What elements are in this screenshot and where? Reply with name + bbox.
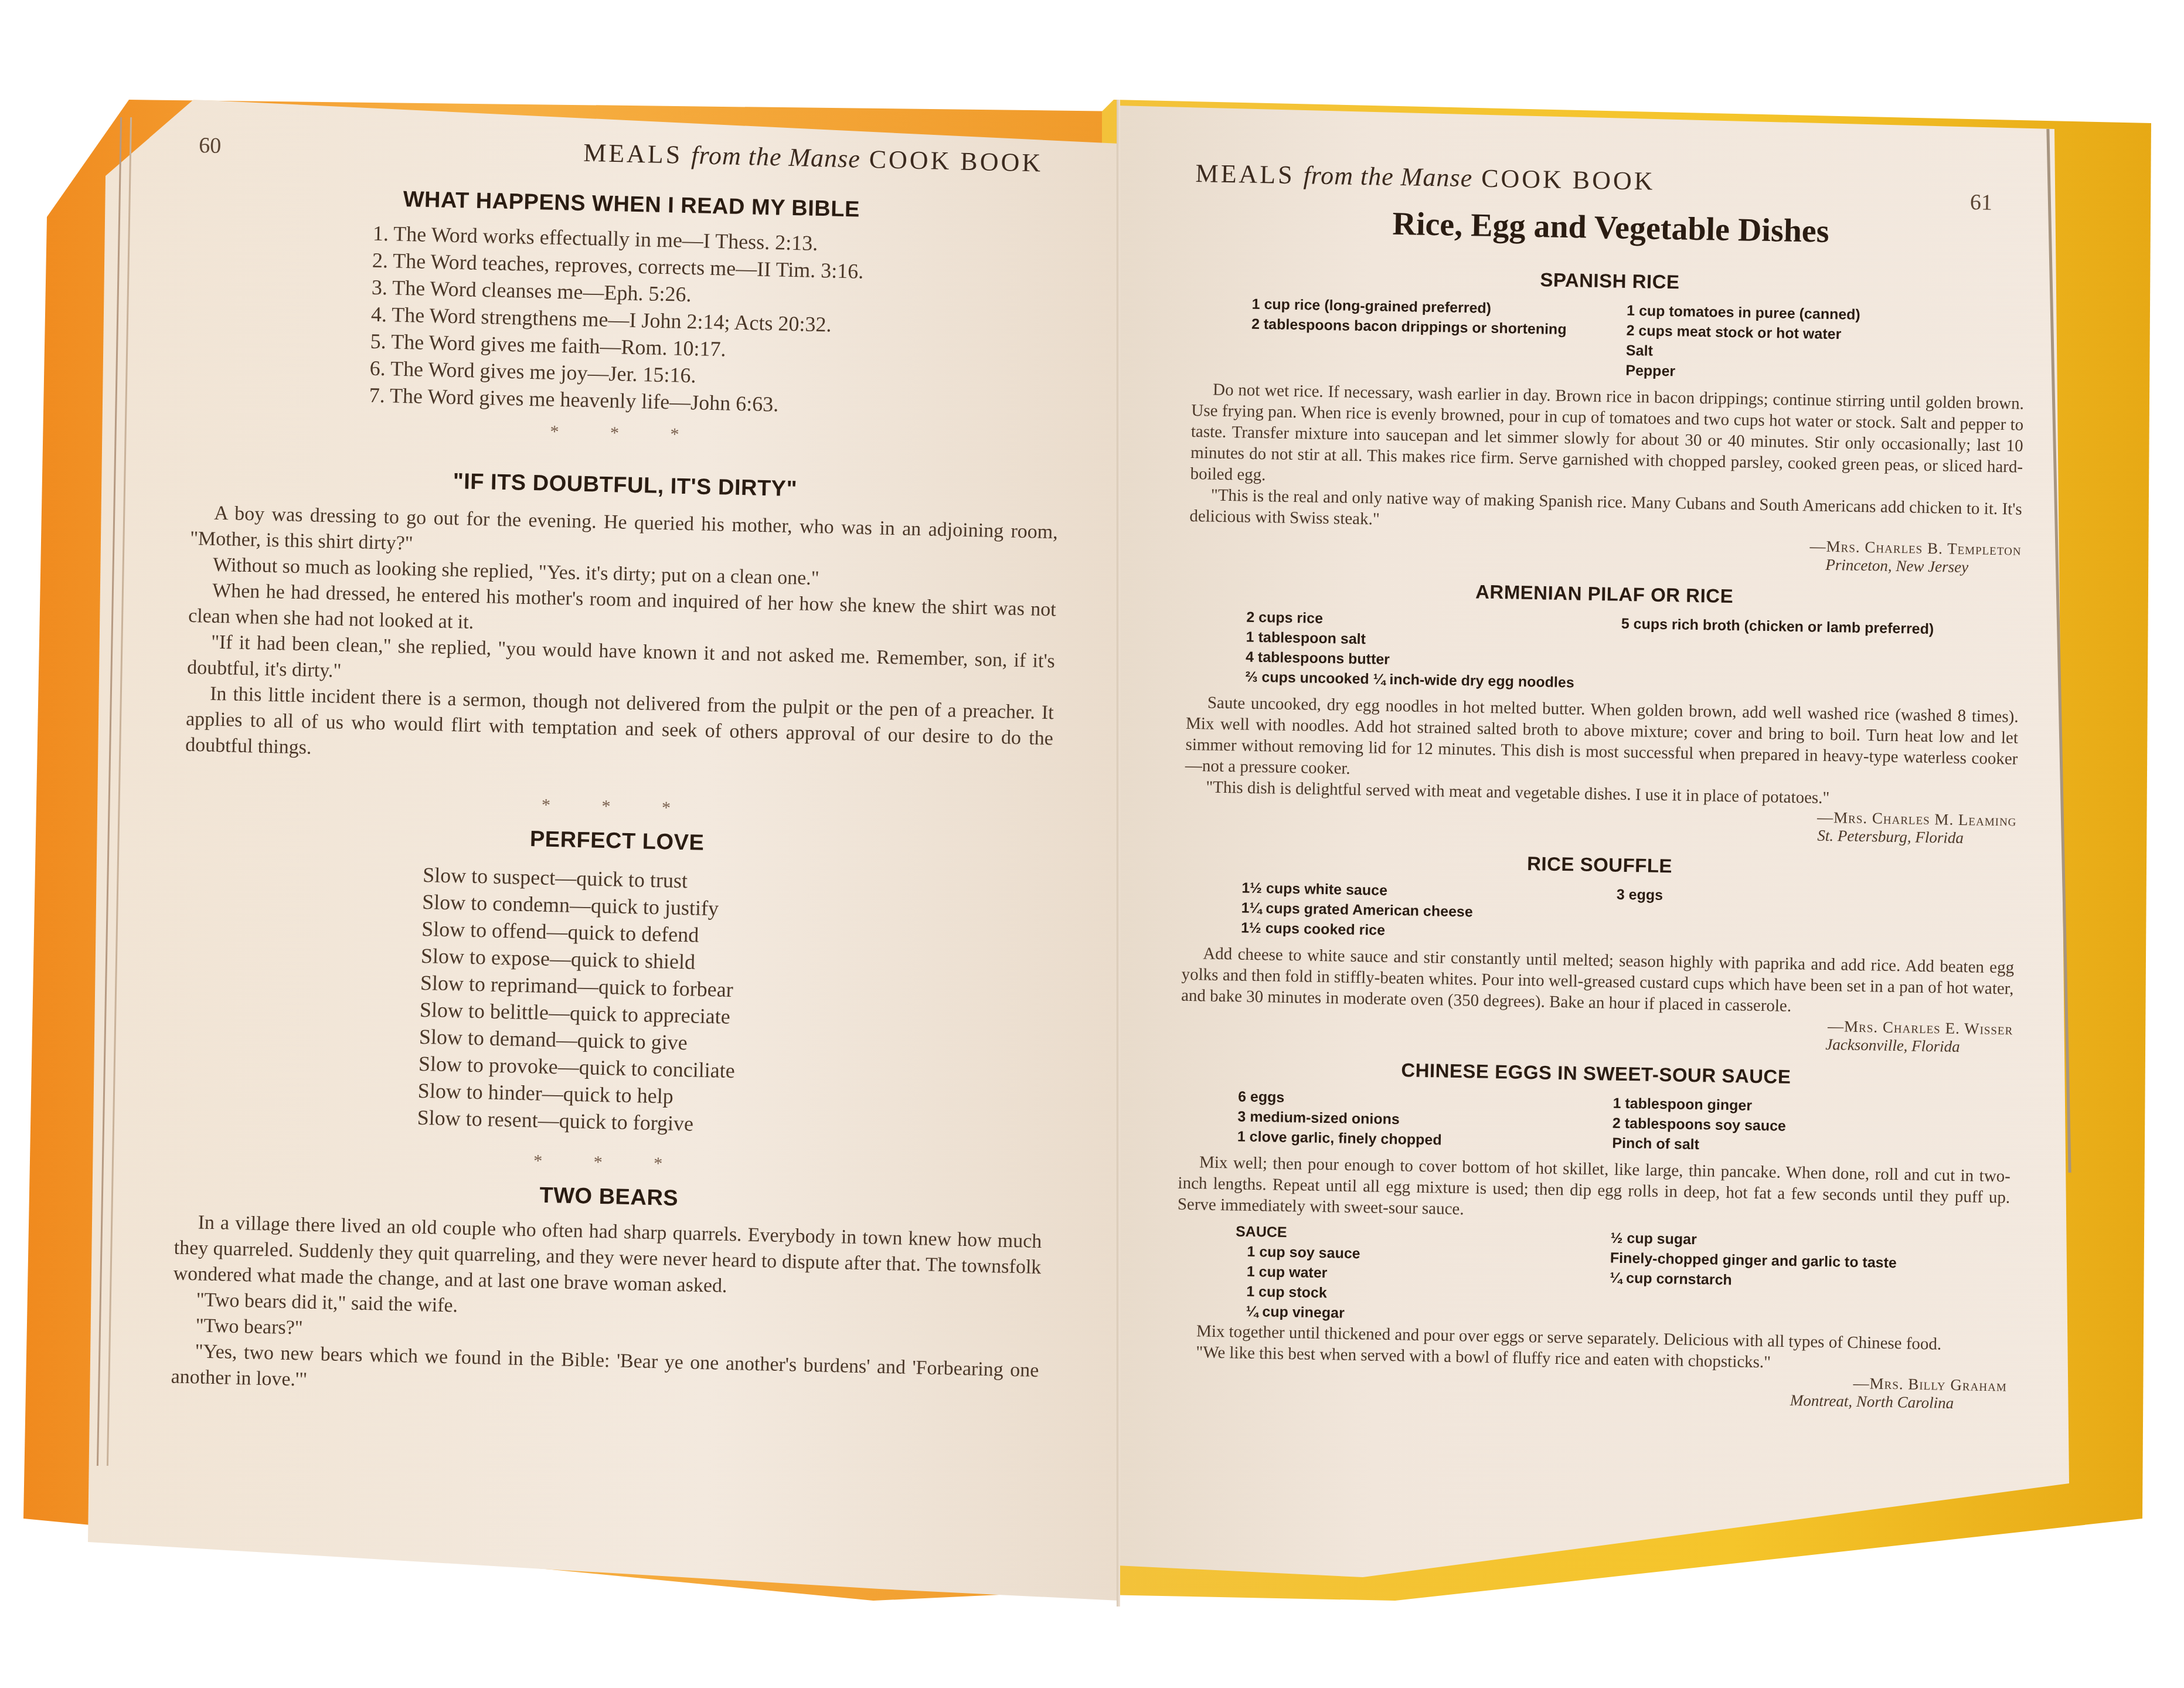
ingredients: 1½ cups white sauce1¼ cups grated Americ… — [1182, 877, 2016, 952]
bible-list: 1. The Word works effectually in me—I Th… — [193, 216, 1064, 424]
recipe-directions: Do not wet rice. If necessary, wash earl… — [1190, 379, 2024, 499]
spine-gutter — [1117, 100, 1120, 1607]
ingredients-left: 2 cups rice1 tablespoon salt4 tablespoon… — [1245, 607, 1593, 693]
sauce-left: SAUCE1 cup soy sauce1 cup water1 cup sto… — [1234, 1221, 1581, 1327]
section-title-love: PERFECT LOVE — [183, 819, 1051, 864]
sauce-ingredients: SAUCE1 cup soy sauce1 cup water1 cup sto… — [1175, 1221, 2009, 1335]
recipe-list: SPANISH RICE1 cup rice (long-grained pre… — [1174, 263, 2026, 1413]
section-title-doubtful: "IF ITS DOUBTFUL, IT'S DIRTY" — [191, 463, 1059, 508]
recipe-title: RICE SOUFFLE — [1183, 847, 2016, 884]
ingredients-left: 1 cup rice (long-grained preferred)2 tab… — [1251, 294, 1598, 380]
ingredients: 2 cups rice1 tablespoon salt4 tablespoon… — [1186, 606, 2020, 701]
perfect-love-poem: Slow to suspect—quick to trustSlow to co… — [176, 856, 1050, 1145]
right-page-content: MEALS from the Manse COOK BOOK 61 Rice, … — [1174, 158, 2028, 1426]
recipe: RICE SOUFFLE1½ cups white sauce1¼ cups g… — [1181, 847, 2016, 1057]
recipe-directions: Saute uncooked, dry egg noodles in hot m… — [1185, 692, 2019, 791]
two-bears-story: In a village there lived an old couple w… — [171, 1210, 1042, 1410]
ingredients-right: 1 cup tomatoes in puree (canned)2 cups m… — [1625, 301, 1973, 386]
ingredients-right: 3 eggs — [1615, 885, 1962, 950]
open-cookbook: 60 MEALS from the Manse COOK BOOK WHAT H… — [0, 0, 2184, 1688]
recipe-title: SPANISH RICE — [1193, 263, 2026, 300]
ingredients-left: 1½ cups white sauce1¼ cups grated Americ… — [1241, 878, 1588, 944]
ingredients: 6 eggs3 medium-sized onions1 clove garli… — [1179, 1086, 2012, 1160]
left-page-content: 60 MEALS from the Manse COOK BOOK WHAT H… — [171, 129, 1066, 1410]
recipe-title: ARMENIAN PILAF OR RICE — [1188, 576, 2020, 613]
recipe: CHINESE EGGS IN SWEET-SOUR SAUCE6 eggs3 … — [1174, 1055, 2012, 1414]
recipe: SPANISH RICE1 cup rice (long-grained pre… — [1189, 263, 2026, 578]
ingredients: 1 cup rice (long-grained preferred)2 tab… — [1192, 293, 2026, 388]
ingredient: 3 eggs — [1617, 885, 1963, 911]
recipe-directions: Mix well; then pour enough to cover bott… — [1178, 1152, 2011, 1230]
doubtful-story: A boy was dressing to go out for the eve… — [185, 500, 1059, 777]
page-number-left: 60 — [199, 133, 222, 159]
separator: * * * — [184, 787, 1052, 827]
ingredients-right: 5 cups rich broth (chicken or lamb prefe… — [1620, 614, 1968, 699]
sauce-right: ½ cup sugarFinely-chopped ginger and gar… — [1609, 1228, 1957, 1334]
recipe-title: CHINESE EGGS IN SWEET-SOUR SAUCE — [1180, 1055, 2012, 1092]
ingredient: 5 cups rich broth (chicken or lamb prefe… — [1621, 614, 1968, 640]
separator: * * * — [176, 1143, 1043, 1183]
page-number-right: 61 — [1970, 189, 1993, 216]
ingredients-right: 1 tablespoon ginger2 tablespoons soy sau… — [1612, 1093, 1959, 1159]
ingredients-left: 6 eggs3 medium-sized onions1 clove garli… — [1237, 1087, 1584, 1153]
recipe: ARMENIAN PILAF OR RICE2 cups rice1 table… — [1184, 576, 2020, 848]
